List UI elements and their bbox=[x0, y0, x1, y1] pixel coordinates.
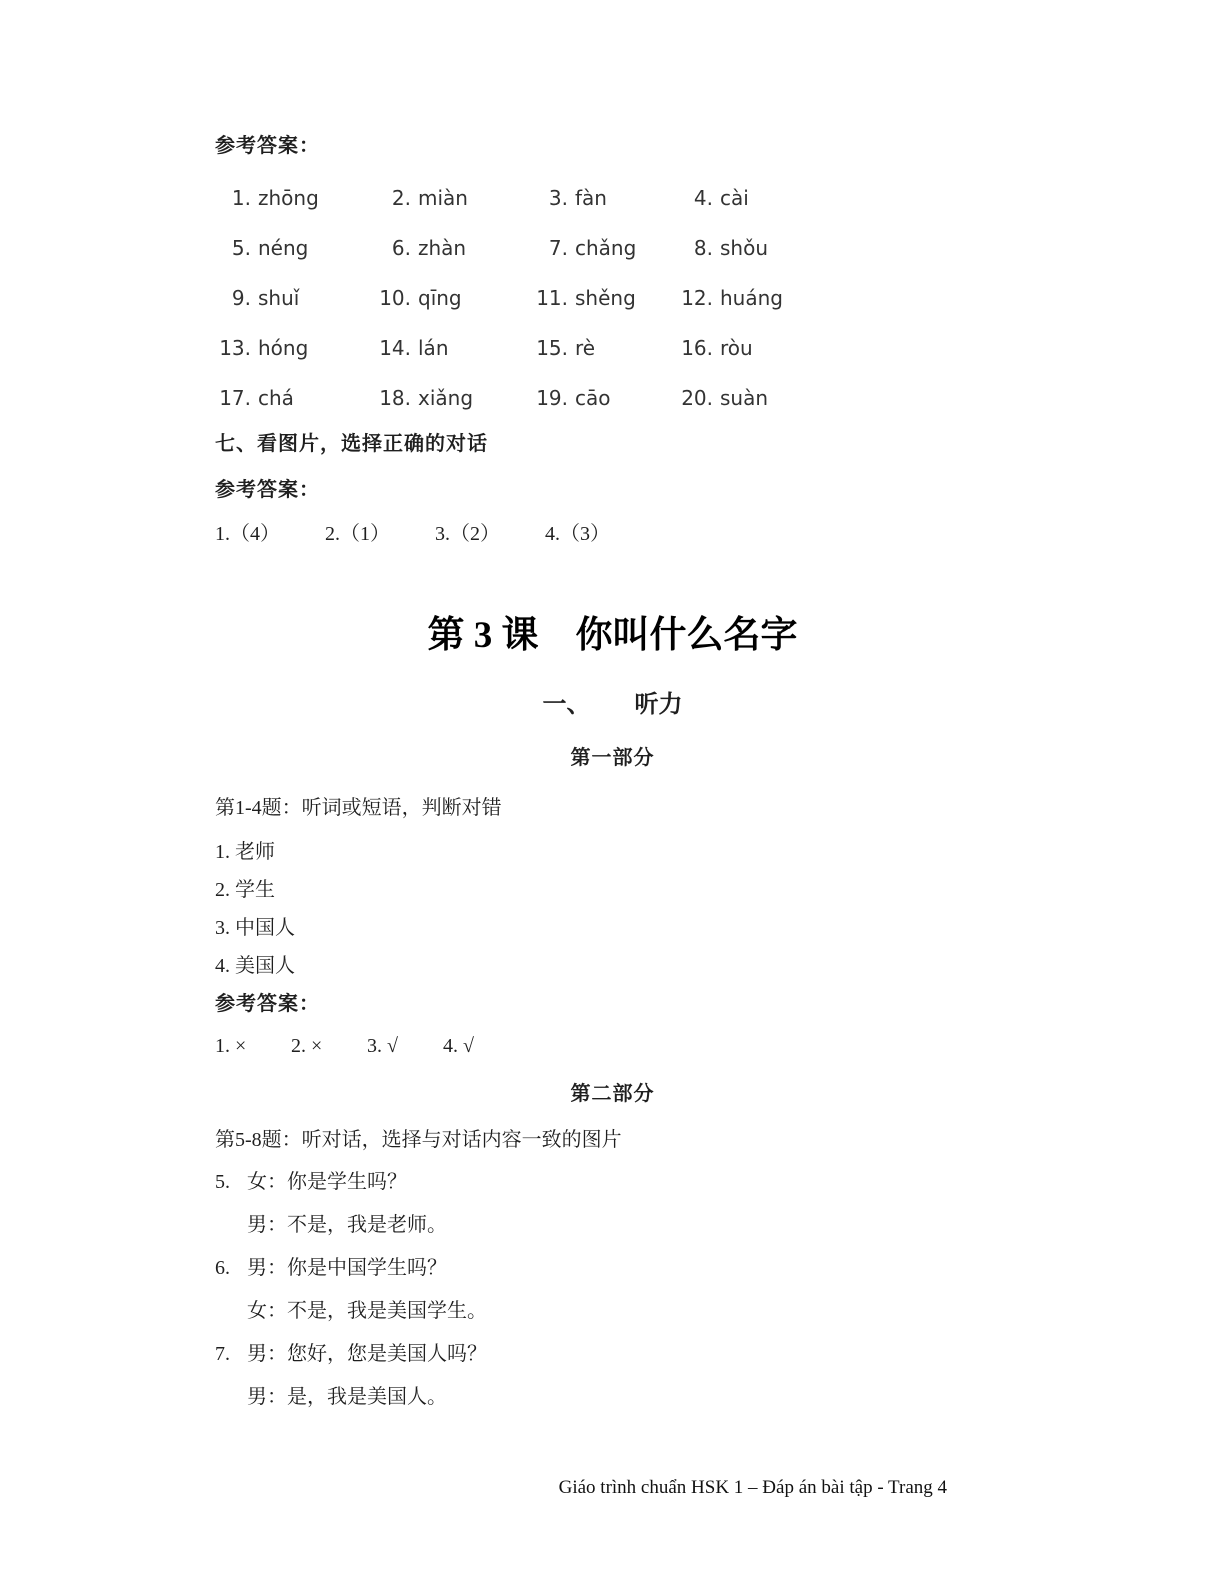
pinyin-answer-item: 3. fàn bbox=[532, 184, 677, 212]
pinyin-answer-text: fàn bbox=[575, 184, 607, 212]
pinyin-answer-item: 4. cài bbox=[677, 184, 1010, 212]
pinyin-answer-item: 5. néng bbox=[215, 234, 375, 262]
pinyin-answer-number: 18. bbox=[375, 384, 411, 412]
dialogue-first-line: 7. 男：您好，您是美国人吗？ bbox=[215, 1340, 1010, 1368]
pinyin-answer-item: 12. huáng bbox=[677, 284, 1010, 312]
answer-item: 4.（3） bbox=[545, 520, 655, 548]
pinyin-answer-item: 17. chá bbox=[215, 384, 375, 412]
word-list-item: 3. 中国人 bbox=[215, 914, 1010, 942]
dialogue-item: 6. 男：你是中国学生吗？ 女：不是，我是美国学生。 bbox=[215, 1254, 1010, 1325]
pinyin-answer-text: chǎng bbox=[575, 234, 636, 262]
dialogue-question: 女：你是学生吗？ bbox=[247, 1168, 407, 1196]
pinyin-answer-text: ròu bbox=[720, 334, 753, 362]
pinyin-answer-item: 16. ròu bbox=[677, 334, 1010, 362]
pinyin-answer-item: 18. xiǎng bbox=[375, 384, 532, 412]
word-list-item: 2. 学生 bbox=[215, 876, 1010, 904]
pinyin-answer-number: 12. bbox=[677, 284, 713, 312]
pinyin-answer-number: 3. bbox=[532, 184, 568, 212]
pinyin-answer-text: cài bbox=[720, 184, 749, 212]
pinyin-answer-text: shěng bbox=[575, 284, 636, 312]
pinyin-answer-text: qīng bbox=[418, 284, 462, 312]
dialogue-reply: 女：不是，我是美国学生。 bbox=[247, 1297, 1010, 1325]
pinyin-answer-text: suàn bbox=[720, 384, 768, 412]
pinyin-answer-item: 1. zhōng bbox=[215, 184, 375, 212]
pinyin-answer-item: 13. hóng bbox=[215, 334, 375, 362]
word-list-item: 4. 美国人 bbox=[215, 952, 1010, 980]
part-two-dialogues: 5. 女：你是学生吗？ 男：不是，我是老师。 6. 男：你是中国学生吗？ 女：不… bbox=[215, 1168, 1010, 1411]
pinyin-answer-text: shuǐ bbox=[258, 284, 299, 312]
pinyin-answer-text: shǒu bbox=[720, 234, 768, 262]
answer-item: 3.（2） bbox=[435, 520, 545, 548]
pinyin-answer-text: zhàn bbox=[418, 234, 466, 262]
part-two-heading: 第二部分 bbox=[215, 1080, 1010, 1108]
pinyin-answer-number: 20. bbox=[677, 384, 713, 412]
pinyin-answer-item: 14. lán bbox=[375, 334, 532, 362]
pinyin-answer-text: cāo bbox=[575, 384, 611, 412]
pinyin-answer-item: 7. chǎng bbox=[532, 234, 677, 262]
pinyin-answer-number: 13. bbox=[215, 334, 251, 362]
pinyin-answer-number: 8. bbox=[677, 234, 713, 262]
pinyin-answers-grid: 1. zhōng 2. miàn 3. fàn 4. cài 5. néng bbox=[215, 184, 1010, 412]
pinyin-answer-text: lán bbox=[418, 334, 449, 362]
lesson-title: 第 3 课 你叫什么名字 bbox=[215, 608, 1010, 664]
answer-item: 4. √ bbox=[443, 1032, 519, 1060]
word-list-item: 1. 老师 bbox=[215, 838, 1010, 866]
section-seven-answers-heading: 参考答案： bbox=[215, 476, 1010, 504]
dialogue-item: 7. 男：您好，您是美国人吗？ 男：是，我是美国人。 bbox=[215, 1340, 1010, 1411]
pinyin-answer-number: 11. bbox=[532, 284, 568, 312]
answer-item: 2.（1） bbox=[325, 520, 435, 548]
pinyin-answer-number: 6. bbox=[375, 234, 411, 262]
page-footer: Giáo trình chuẩn HSK 1 – Đáp án bài tập … bbox=[559, 1476, 947, 1500]
document-page: 参考答案： 1. zhōng 2. miàn 3. fàn 4. cài bbox=[0, 0, 1225, 1585]
pinyin-answer-number: 2. bbox=[375, 184, 411, 212]
pinyin-answer-item: 2. miàn bbox=[375, 184, 532, 212]
pinyin-answer-number: 1. bbox=[215, 184, 251, 212]
pinyin-answer-number: 16. bbox=[677, 334, 713, 362]
pinyin-answer-number: 19. bbox=[532, 384, 568, 412]
pinyin-answer-text: zhōng bbox=[258, 184, 319, 212]
pinyin-answer-number: 7. bbox=[532, 234, 568, 262]
dialogue-reply: 男：不是，我是老师。 bbox=[247, 1211, 1010, 1239]
pinyin-answer-text: huáng bbox=[720, 284, 783, 312]
dialogue-number: 7. bbox=[215, 1340, 239, 1368]
dialogue-first-line: 6. 男：你是中国学生吗？ bbox=[215, 1254, 1010, 1282]
pinyin-answer-text: miàn bbox=[418, 184, 468, 212]
part-one-answers-row: 1. × 2. × 3. √ 4. √ bbox=[215, 1032, 1010, 1060]
pinyin-answer-item: 20. suàn bbox=[677, 384, 1010, 412]
part-one-answers-heading: 参考答案： bbox=[215, 990, 1010, 1018]
pinyin-answer-item: 15. rè bbox=[532, 334, 677, 362]
listening-section-heading: 一、听力 bbox=[215, 688, 1010, 722]
pinyin-answer-text: hóng bbox=[258, 334, 308, 362]
pinyin-answer-item: 10. qīng bbox=[375, 284, 532, 312]
dialogue-number: 5. bbox=[215, 1168, 239, 1196]
answer-item: 3. √ bbox=[367, 1032, 443, 1060]
pinyin-answer-number: 5. bbox=[215, 234, 251, 262]
pinyin-answer-text: xiǎng bbox=[418, 384, 473, 412]
part-one-word-list: 1. 老师 2. 学生 3. 中国人 4. 美国人 bbox=[215, 838, 1010, 980]
pinyin-answer-text: chá bbox=[258, 384, 294, 412]
pinyin-answer-number: 17. bbox=[215, 384, 251, 412]
pinyin-answer-item: 19. cāo bbox=[532, 384, 677, 412]
part-one-instruction: 第1-4题：听词或短语，判断对错 bbox=[215, 794, 1010, 822]
pinyin-answer-item: 6. zhàn bbox=[375, 234, 532, 262]
pinyin-answer-number: 15. bbox=[532, 334, 568, 362]
dialogue-number: 6. bbox=[215, 1254, 239, 1282]
pinyin-answer-number: 14. bbox=[375, 334, 411, 362]
dialogue-question: 男：你是中国学生吗？ bbox=[247, 1254, 447, 1282]
pinyin-answer-text: rè bbox=[575, 334, 595, 362]
section-seven-heading: 七、看图片，选择正确的对话 bbox=[215, 430, 1010, 458]
pinyin-answer-number: 10. bbox=[375, 284, 411, 312]
dialogue-reply: 男：是，我是美国人。 bbox=[247, 1383, 1010, 1411]
part-one-heading: 第一部分 bbox=[215, 744, 1010, 772]
pinyin-answer-number: 4. bbox=[677, 184, 713, 212]
pinyin-answer-number: 9. bbox=[215, 284, 251, 312]
answer-item: 1. × bbox=[215, 1032, 291, 1060]
dialogue-item: 5. 女：你是学生吗？ 男：不是，我是老师。 bbox=[215, 1168, 1010, 1239]
pinyin-answer-item: 8. shǒu bbox=[677, 234, 1010, 262]
dialogue-question: 男：您好，您是美国人吗？ bbox=[247, 1340, 487, 1368]
dialogue-first-line: 5. 女：你是学生吗？ bbox=[215, 1168, 1010, 1196]
pinyin-answer-item: 11. shěng bbox=[532, 284, 677, 312]
answer-item: 1.（4） bbox=[215, 520, 325, 548]
section-seven-answers-row: 1.（4） 2.（1） 3.（2） 4.（3） bbox=[215, 520, 1010, 548]
answer-item: 2. × bbox=[291, 1032, 367, 1060]
pinyin-answer-text: néng bbox=[258, 234, 308, 262]
listening-section-label: 听力 bbox=[635, 692, 683, 718]
pinyin-answer-item: 9. shuǐ bbox=[215, 284, 375, 312]
part-two-instruction: 第5-8题：听对话，选择与对话内容一致的图片 bbox=[215, 1126, 1010, 1154]
pinyin-answers-heading: 参考答案： bbox=[215, 132, 1010, 160]
listening-section-number: 一、 bbox=[543, 692, 591, 718]
